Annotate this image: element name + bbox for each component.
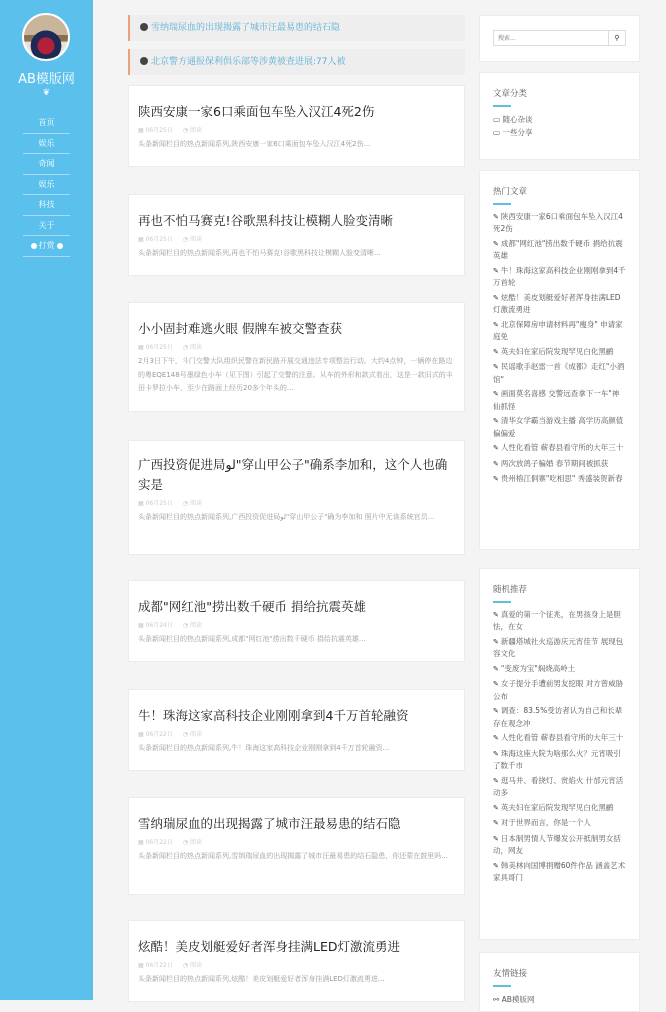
category-link[interactable]: ▭ 随心杂谈 bbox=[493, 113, 626, 126]
calendar-icon: ▦ 06月22日 bbox=[138, 839, 173, 846]
pencil-icon: ✎ bbox=[493, 267, 499, 275]
calendar-icon: ▦ 06月25日 bbox=[138, 236, 173, 243]
pencil-icon: ✎ bbox=[493, 475, 499, 483]
pencil-icon: ✎ bbox=[493, 321, 499, 329]
notice-item[interactable]: 雪纳瑞尿血的出现揭露了城市汪最易患的结石隐 bbox=[128, 15, 465, 41]
post-title[interactable]: 雪纳瑞尿血的出现揭露了城市汪最易患的结石隐 bbox=[138, 814, 455, 834]
post-excerpt: 头条新闻栏目的热点新闻系列,再也不怕马赛克!谷歌黑科技让模糊人脸变清晰... bbox=[138, 247, 455, 261]
hot-post-link[interactable]: ✎陕西安康一家6口乘面包车坠入汉江4死2伤 bbox=[493, 211, 626, 235]
pencil-icon: ✎ bbox=[493, 734, 499, 742]
links-widget: 友情链接 ⚯ AB模版网 bbox=[479, 952, 640, 1000]
random-post-link[interactable]: ✎逛马井、看挠灯、赏焰火 什邡元宵活动多 bbox=[493, 775, 626, 799]
pencil-icon: ✎ bbox=[493, 819, 499, 827]
site-title[interactable]: AB模版网 bbox=[0, 68, 93, 87]
notice-item[interactable]: 北京警方通报保利俱乐部等涉黄被查进展:77人被 bbox=[128, 49, 465, 75]
post-title[interactable]: 广西投资促进局لو"穿山甲公子"确系李加和，这个人也确实是 bbox=[138, 455, 455, 495]
calendar-icon: ▦ 06月25日 bbox=[138, 127, 173, 134]
pencil-icon: ✎ bbox=[493, 777, 499, 785]
nav-item-fun[interactable]: 娱乐 bbox=[23, 175, 70, 196]
post-excerpt: 2月3日下午，斗门交警大队组织民警在新民路开展交通违法专项整治行动。大约4点钟，… bbox=[138, 355, 455, 396]
random-posts-list: ✎真爱的第一个征兆，在男孩身上是胆怯，在女 ✎新疆塔城社火巡游庆元宵佳节 展现包… bbox=[493, 609, 626, 884]
widget-title: 友情链接 bbox=[493, 953, 626, 979]
hot-post-link[interactable]: ✎炫酷！美皮划艇爱好者浑身挂满LED灯激流勇进 bbox=[493, 292, 626, 316]
post-card: 炫酷！美皮划艇爱好者浑身挂满LED灯激流勇进 ▦ 06月22日◔ 阅读 头条新闻… bbox=[128, 920, 465, 1000]
arrow-up-circle-icon bbox=[140, 57, 148, 65]
divider bbox=[493, 601, 511, 603]
random-post-link[interactable]: ✎人性化看管 蕲春县看守所的大年三十 bbox=[493, 732, 626, 745]
pencil-icon: ✎ bbox=[493, 213, 499, 221]
post-card: 牛！珠海这家高科技企业刚刚拿到4千万首轮融资 ▦ 06月22日◔ 阅读 头条新闻… bbox=[128, 689, 465, 771]
views-icon: ◔ 阅读 bbox=[183, 127, 202, 134]
post-title[interactable]: 小小固封难逃火眼 假牌车被交警查获 bbox=[138, 319, 455, 339]
nav-item-about[interactable]: 关于 bbox=[23, 216, 70, 237]
left-sidebar: AB模版网 ❦ 首页 娱乐 奇闻 娱乐 科技 关于 打赏 bbox=[0, 0, 93, 1000]
search-icon: ⚲ bbox=[614, 35, 619, 42]
views-icon: ◔ 阅读 bbox=[183, 962, 202, 969]
divider bbox=[493, 105, 511, 107]
pencil-icon: ✎ bbox=[493, 680, 499, 688]
category-link[interactable]: ▭ 一些分享 bbox=[493, 126, 626, 139]
pencil-icon: ✎ bbox=[493, 294, 499, 302]
post-card: 陕西安康一家6口乘面包车坠入汉江4死2伤 ▦ 06月25日◔ 阅读 头条新闻栏目… bbox=[128, 85, 465, 167]
hot-post-link[interactable]: ✎牛！珠海这家高科技企业刚刚拿到4千万首轮 bbox=[493, 265, 626, 289]
random-posts-widget: 随机推荐 ✎真爱的第一个征兆，在男孩身上是胆怯，在女 ✎新疆塔城社火巡游庆元宵佳… bbox=[479, 568, 640, 940]
pencil-icon: ✎ bbox=[493, 665, 499, 673]
hot-post-link[interactable]: ✎成都"网红池"捞出数千硬币 捐给抗震英雄 bbox=[493, 238, 626, 262]
post-title[interactable]: 再也不怕马赛克!谷歌黑科技让模糊人脸变清晰 bbox=[138, 211, 455, 231]
pencil-icon: ✎ bbox=[493, 835, 499, 843]
divider bbox=[493, 203, 511, 205]
random-post-link[interactable]: ✎对于世界而言，你是一个人 bbox=[493, 817, 626, 830]
widget-title: 热门文章 bbox=[493, 171, 626, 197]
hot-posts-list: ✎陕西安康一家6口乘面包车坠入汉江4死2伤 ✎成都"网红池"捞出数千硬币 捐给抗… bbox=[493, 211, 626, 486]
friend-link[interactable]: ⚯ AB模版网 bbox=[493, 993, 626, 1001]
nav-item-tech[interactable]: 科技 bbox=[23, 195, 70, 216]
random-post-link[interactable]: ✎日本制男情人节爆发公开抵制男女括动，网友 bbox=[493, 833, 626, 857]
post-title[interactable]: 陕西安康一家6口乘面包车坠入汉江4死2伤 bbox=[138, 102, 455, 122]
post-meta: ▦ 06月22日◔ 阅读 bbox=[138, 729, 455, 738]
post-card: 成都"网红池"捞出数千硬币 捐给抗震英雄 ▦ 06月24日◔ 阅读 头条新闻栏目… bbox=[128, 580, 465, 662]
hot-post-link[interactable]: ✎两次放鸽子骗婚 春节期间被抓获 bbox=[493, 458, 626, 471]
post-meta: ▦ 06月22日◔ 阅读 bbox=[138, 960, 455, 969]
post-excerpt: 头条新闻栏目的热点新闻系列,广西投资促进局لو"穿山甲公子"确为李加和 照片中无… bbox=[138, 511, 455, 525]
calendar-icon: ▦ 06月25日 bbox=[138, 344, 173, 351]
views-icon: ◔ 阅读 bbox=[183, 622, 202, 629]
categories-widget: 文章分类 ▭ 随心杂谈 ▭ 一些分享 bbox=[479, 72, 640, 160]
pencil-icon: ✎ bbox=[493, 363, 499, 371]
random-post-link[interactable]: ✎真爱的第一个征兆，在男孩身上是胆怯，在女 bbox=[493, 609, 626, 633]
random-post-link[interactable]: ✎女子提分手遭前男友挖眼 对方曾威胁公布 bbox=[493, 678, 626, 702]
info-icon bbox=[31, 243, 37, 249]
pencil-icon: ✎ bbox=[493, 240, 499, 248]
donate-button[interactable]: 打赏 bbox=[23, 236, 70, 257]
post-meta: ▦ 06月25日◔ 阅读 bbox=[138, 234, 455, 243]
hot-post-link[interactable]: ✎人性化看管 蕲春县看守所的大年三十 bbox=[493, 442, 626, 455]
pencil-icon: ✎ bbox=[493, 390, 499, 398]
hot-post-link[interactable]: ✎民谣歌手赵雷一首《成都》走红"小酒馆" bbox=[493, 361, 626, 385]
random-post-link[interactable]: ✎新疆塔城社火巡游庆元宵佳节 展现包容文化 bbox=[493, 636, 626, 660]
views-icon: ◔ 阅读 bbox=[183, 839, 202, 846]
post-meta: ▦ 06月25日◔ 阅读 bbox=[138, 125, 455, 134]
weibo-icon[interactable]: ❦ bbox=[0, 88, 93, 98]
main-nav: 首页 娱乐 奇闻 娱乐 科技 关于 打赏 bbox=[23, 113, 70, 257]
search-widget: ⚲ bbox=[479, 15, 640, 62]
post-excerpt: 头条新闻栏目的热点新闻系列,牛！珠海这家高科技企业刚刚拿到4千万首轮融资... bbox=[138, 742, 455, 756]
post-card: 雪纳瑞尿血的出现揭露了城市汪最易患的结石隐 ▦ 06月22日◔ 阅读 头条新闻栏… bbox=[128, 797, 465, 895]
widget-title: 随机推荐 bbox=[493, 569, 626, 595]
pencil-icon: ✎ bbox=[493, 804, 499, 812]
post-meta: ▦ 06月25日◔ 阅读 bbox=[138, 498, 455, 507]
pencil-icon: ✎ bbox=[493, 444, 499, 452]
post-meta: ▦ 06月22日◔ 阅读 bbox=[138, 837, 455, 846]
divider bbox=[493, 985, 511, 987]
random-post-link[interactable]: ✎调查：83.5%受访者认为自己和长辈存在观念冲 bbox=[493, 705, 626, 729]
pencil-icon: ✎ bbox=[493, 707, 499, 715]
pencil-icon: ✎ bbox=[493, 862, 499, 870]
pencil-icon: ✎ bbox=[493, 638, 499, 646]
hot-post-link[interactable]: ✎贵州榕江侗寨"吃相思" 秀盛装贺新春 bbox=[493, 473, 626, 486]
hot-post-link[interactable]: ✎画面莫名喜感 交警远查拿下一车"神仙抓怪 bbox=[493, 388, 626, 412]
random-post-link[interactable]: ✎珠海这座大院为啥那么火？元宵吸引了数千市 bbox=[493, 748, 626, 772]
hot-post-link[interactable]: ✎清华女学霸当游戏主播 高学历高颜值偏偏爱 bbox=[493, 415, 626, 439]
calendar-icon: ▦ 06月25日 bbox=[138, 500, 173, 507]
search-box: ⚲ bbox=[493, 30, 626, 46]
post-meta: ▦ 06月25日◔ 阅读 bbox=[138, 342, 455, 351]
post-title[interactable]: 炫酷！美皮划艇爱好者浑身挂满LED灯激流勇进 bbox=[138, 937, 455, 957]
post-card: 广西投资促进局لو"穿山甲公子"确系李加和，这个人也确实是 ▦ 06月25日◔ … bbox=[128, 440, 465, 555]
calendar-icon: ▦ 06月24日 bbox=[138, 622, 173, 629]
avatar[interactable] bbox=[22, 13, 70, 61]
pencil-icon: ✎ bbox=[493, 611, 499, 619]
search-button[interactable]: ⚲ bbox=[608, 31, 625, 45]
nav-item-home[interactable]: 首页 bbox=[23, 113, 70, 134]
post-title[interactable]: 成都"网红池"捞出数千硬币 捐给抗震英雄 bbox=[138, 597, 455, 617]
link-icon: ⚯ bbox=[493, 995, 502, 1001]
pencil-icon: ✎ bbox=[493, 750, 499, 758]
pencil-icon: ✎ bbox=[493, 348, 499, 356]
views-icon: ◔ 阅读 bbox=[183, 344, 202, 351]
hot-posts-widget: 热门文章 ✎陕西安康一家6口乘面包车坠入汉江4死2伤 ✎成都"网红池"捞出数千硬… bbox=[479, 170, 640, 550]
hot-post-link[interactable]: ✎北京保障房申请材料再"瘦身" 申请家庭免 bbox=[493, 319, 626, 343]
search-input[interactable] bbox=[494, 31, 608, 45]
random-post-link[interactable]: ✎英夫妇在家后院发现罕见白化黑鹂 bbox=[493, 802, 626, 815]
views-icon: ◔ 阅读 bbox=[183, 731, 202, 738]
post-excerpt: 头条新闻栏目的热点新闻系列,成都"网红池"捞出数千硬币 捐给抗震英雄... bbox=[138, 633, 455, 647]
widget-title: 文章分类 bbox=[493, 73, 626, 99]
post-excerpt: 头条新闻栏目的热点新闻系列,炫酷！美皮划艇爱好者浑身挂满LED灯激流勇进... bbox=[138, 973, 455, 987]
nav-item-entertainment[interactable]: 娱乐 bbox=[23, 134, 70, 155]
nav-item-oddities[interactable]: 奇闻 bbox=[23, 154, 70, 175]
post-card: 再也不怕马赛克!谷歌黑科技让模糊人脸变清晰 ▦ 06月25日◔ 阅读 头条新闻栏… bbox=[128, 194, 465, 276]
calendar-icon: ▦ 06月22日 bbox=[138, 731, 173, 738]
random-post-link[interactable]: ✎"变废为宝"焖烧高岭土 bbox=[493, 663, 626, 676]
random-post-link[interactable]: ✎韩美林向国博捐赠60件作品 涵盖艺术家具哥门 bbox=[493, 860, 626, 884]
post-card: 小小固封难逃火眼 假牌车被交警查获 ▦ 06月25日◔ 阅读 2月3日下午，斗门… bbox=[128, 302, 465, 412]
calendar-icon: ▦ 06月22日 bbox=[138, 962, 173, 969]
post-title[interactable]: 牛！珠海这家高科技企业刚刚拿到4千万首轮融资 bbox=[138, 706, 455, 726]
info-icon bbox=[57, 243, 63, 249]
views-icon: ◔ 阅读 bbox=[183, 500, 202, 507]
views-icon: ◔ 阅读 bbox=[183, 236, 202, 243]
post-excerpt: 头条新闻栏目的热点新闻系列,雪纳瑞尿血的出现揭露了城市汪最易患的结石隐患，你还蒙… bbox=[138, 850, 455, 864]
pencil-icon: ✎ bbox=[493, 417, 499, 425]
hot-post-link[interactable]: ✎英夫妇在家后院发现罕见白化黑鹂 bbox=[493, 346, 626, 359]
post-meta: ▦ 06月24日◔ 阅读 bbox=[138, 620, 455, 629]
arrow-up-circle-icon bbox=[140, 23, 148, 31]
pencil-icon: ✎ bbox=[493, 460, 499, 468]
post-excerpt: 头条新闻栏目的热点新闻系列,陕西安康一家6口乘面包车坠入汉江4死2伤... bbox=[138, 138, 455, 152]
